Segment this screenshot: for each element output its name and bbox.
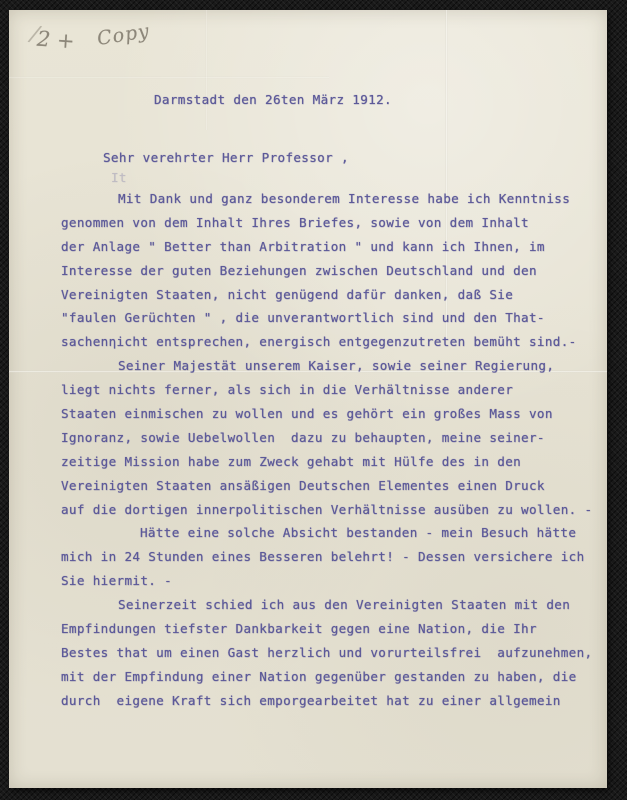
body-line: genommen von dem Inhalt Ihres Briefes, s… bbox=[61, 211, 592, 235]
body-line: Vereinigten Staaten, nicht genügend dafü… bbox=[61, 283, 592, 307]
body-line: sachenηicht entsprechen, energisch entge… bbox=[61, 330, 592, 354]
body-line: Seiner Majestät unserem Kaiser, sowie se… bbox=[61, 354, 592, 378]
body-line: zeitige Mission habe zum Zweck gehabt mi… bbox=[61, 450, 592, 474]
body-line: auf die dortigen innerpolitischen Verhäl… bbox=[61, 498, 592, 522]
body-line: durch eigene Kraft sich emporgearbeitet … bbox=[61, 689, 592, 713]
body-line: Seinerzeit schied ich aus den Vereinigte… bbox=[61, 593, 592, 617]
body-line: Mit Dank und ganz besonderem Interesse h… bbox=[61, 187, 592, 211]
dateline: Darmstadt den 26ten März 1912. bbox=[154, 92, 392, 107]
vertical-fold-crease-left bbox=[205, 10, 208, 130]
letter-page: / 2 + Copy Darmstadt den 26ten März 1912… bbox=[9, 10, 607, 788]
body-line: mich in 24 Stunden eines Besseren belehr… bbox=[61, 545, 592, 569]
body-line: Ignoranz, sowie Uebelwollen dazu zu beha… bbox=[61, 426, 592, 450]
pencil-copy-annotation: Copy bbox=[96, 20, 152, 50]
body-line: Empfindungen tiefster Dankbarkeit gegen … bbox=[61, 617, 592, 641]
body-line: "faulen Gerüchten " , die unverantwortli… bbox=[61, 306, 592, 330]
body-line: Staaten einmischen zu wollen und es gehö… bbox=[61, 402, 592, 426]
body-line: Interesse der guten Beziehungen zwischen… bbox=[61, 259, 592, 283]
body-line: der Anlage " Better than Arbitration " u… bbox=[61, 235, 592, 259]
salutation: Sehr verehrter Herr Professor , bbox=[103, 150, 349, 165]
letter-body: Mit Dank und ganz besonderem Interesse h… bbox=[61, 187, 592, 713]
body-line: mit der Empfindung einer Nation gegenübe… bbox=[61, 665, 592, 689]
body-line: Bestes that um einen Gast herzlich und v… bbox=[61, 641, 592, 665]
body-line: Hätte eine solche Absicht bestanden - me… bbox=[61, 521, 592, 545]
ghost-type-impression: It bbox=[111, 170, 127, 185]
body-line: Sie hiermit. - bbox=[61, 569, 592, 593]
horizontal-fold-crease-top bbox=[9, 76, 329, 79]
body-line: Vereinigten Staaten ansäßigen Deutschen … bbox=[61, 474, 592, 498]
pencil-corner-mark: 2 + bbox=[36, 27, 75, 54]
photographed-letter: { "meta": { "description": "Photograph o… bbox=[0, 0, 627, 800]
body-line: liegt nichts ferner, als sich in die Ver… bbox=[61, 378, 592, 402]
